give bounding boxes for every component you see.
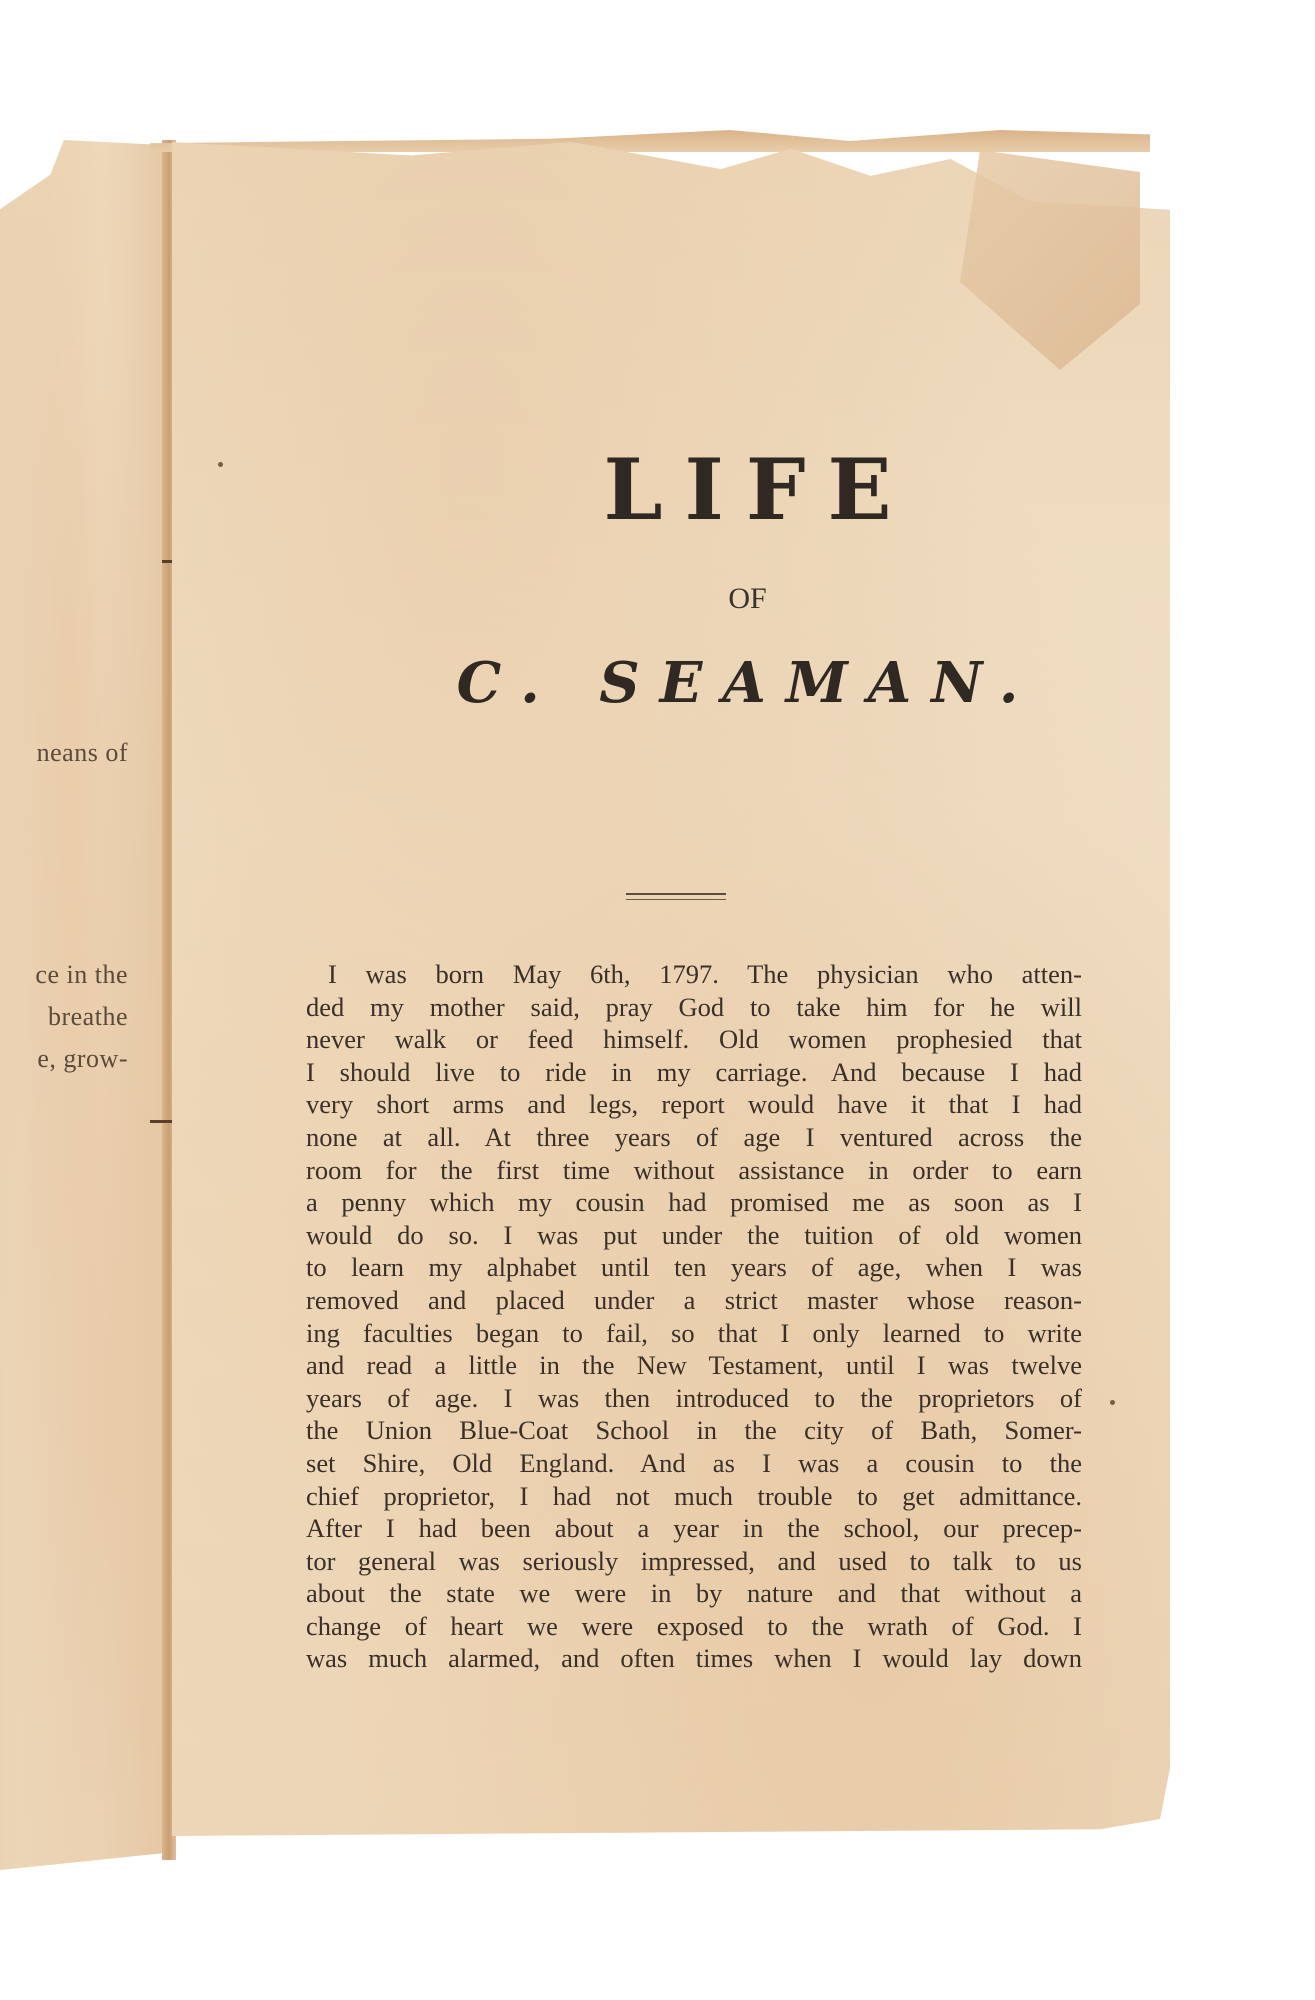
text-line: ing faculties began to fail, so that I o…: [306, 1317, 1082, 1350]
facing-page-text: neans of: [37, 738, 128, 768]
title-divider: [626, 893, 726, 900]
page-stack-top-edge: [150, 130, 1150, 152]
facing-page-text: ce in the: [35, 960, 128, 990]
text-line: tor general was seriously impressed, and…: [306, 1545, 1082, 1578]
text-line: I was born May 6th, 1797. The physician …: [306, 958, 1082, 991]
text-line: would do so. I was put under the tuition…: [306, 1219, 1082, 1252]
text-line: change of heart we were exposed to the w…: [306, 1610, 1082, 1643]
text-line: none at all. At three years of age I ven…: [306, 1121, 1082, 1154]
text-line: removed and placed under a strict master…: [306, 1284, 1082, 1317]
body-paragraph: I was born May 6th, 1797. The physician …: [306, 958, 1082, 1675]
text-line: to learn my alphabet until ten years of …: [306, 1251, 1082, 1284]
facing-page-text: e, grow-: [37, 1044, 128, 1074]
text-line: a penny which my cousin had promised me …: [306, 1186, 1082, 1219]
title-connector: OF: [90, 582, 1315, 616]
text-line: I should live to ride in my carriage. An…: [306, 1056, 1082, 1089]
text-line: about the state we were in by nature and…: [306, 1577, 1082, 1610]
subject-name: C. SEAMAN.: [90, 650, 1315, 716]
text-line: very short arms and legs, report would h…: [306, 1088, 1082, 1121]
text-line: set Shire, Old England. And as I was a c…: [306, 1447, 1082, 1480]
text-line: After I had been about a year in the sch…: [306, 1512, 1082, 1545]
text-line: was much alarmed, and often times when I…: [306, 1642, 1082, 1675]
text-line: room for the first time without assistan…: [306, 1154, 1082, 1187]
page-title: LIFE: [90, 440, 1315, 539]
text-line: chief proprietor, I had not much trouble…: [306, 1480, 1082, 1513]
paper-speck: [218, 462, 223, 467]
paper-speck: [1110, 1400, 1115, 1405]
facing-page-fragment: neans of ce in the breathe e, grow-: [0, 140, 168, 1870]
text-line: ded my mother said, pray God to take him…: [306, 991, 1082, 1024]
text-line: years of age. I was then introduced to t…: [306, 1382, 1082, 1415]
text-line: the Union Blue-Coat School in the city o…: [306, 1414, 1082, 1447]
text-line: and read a little in the New Testament, …: [306, 1349, 1082, 1382]
text-line: never walk or feed himself. Old women pr…: [306, 1023, 1082, 1056]
facing-page-text: breathe: [48, 1002, 128, 1032]
document-photo: neans of ce in the breathe e, grow- LIFE…: [0, 0, 1315, 2000]
